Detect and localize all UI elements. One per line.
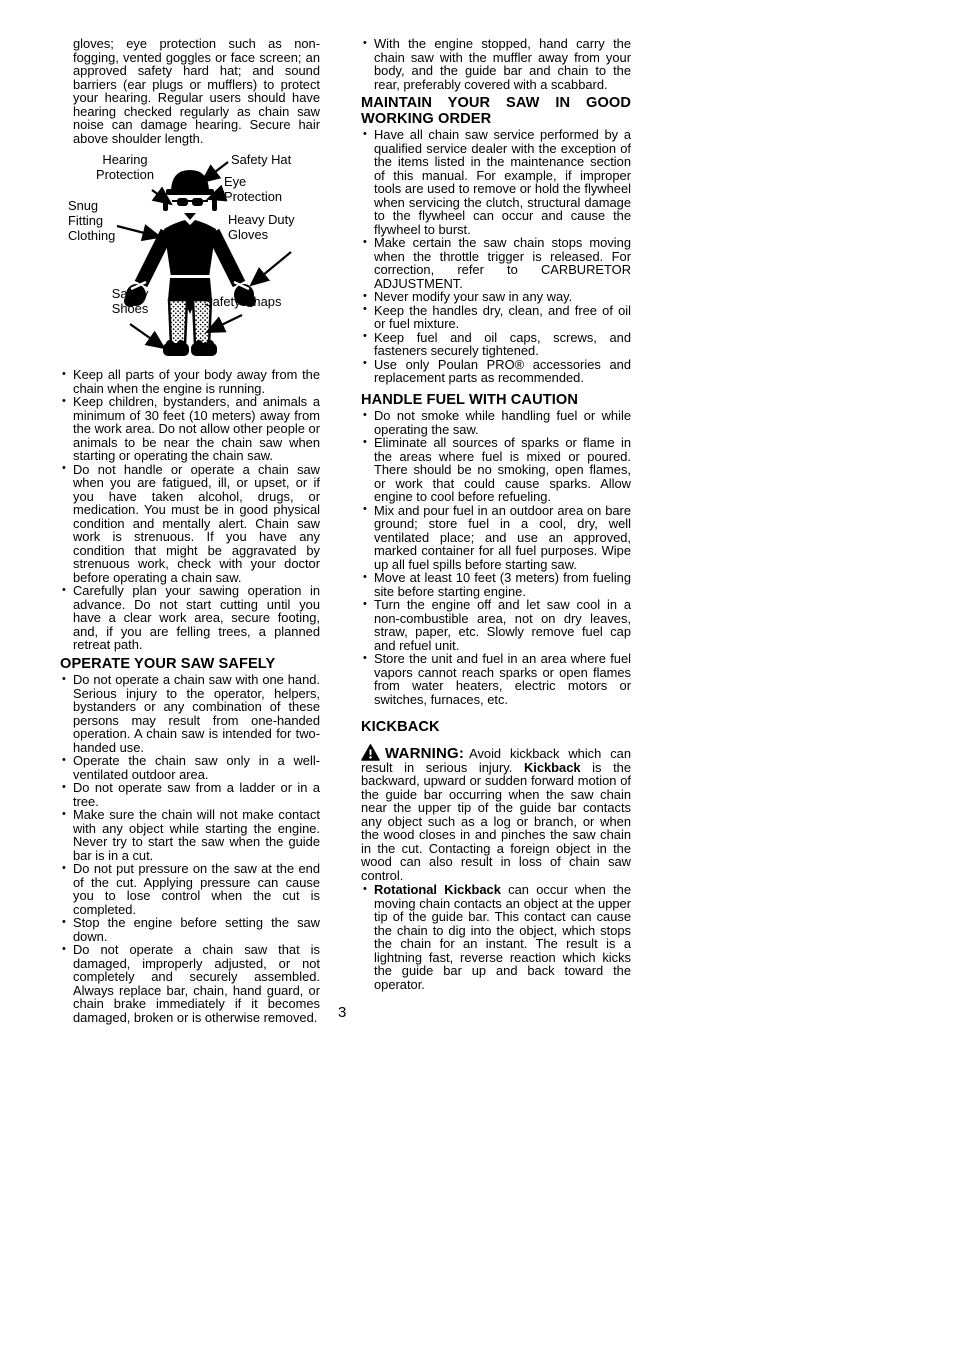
document-page: gloves; eye protection such as non-foggi… bbox=[0, 0, 954, 1348]
bullet-icon: • bbox=[363, 503, 367, 517]
bullet-icon: • bbox=[62, 916, 66, 930]
chaps-arrow bbox=[207, 315, 242, 332]
list-item: • Rotational Kickback can occur when the… bbox=[361, 883, 631, 991]
right-column: • With the engine stopped, hand carry th… bbox=[361, 37, 631, 991]
list-item-text: Eliminate all sources of sparks or flame… bbox=[374, 435, 631, 504]
list-item-text: Move at least 10 feet (3 meters) from fu… bbox=[374, 570, 631, 599]
bullet-icon: • bbox=[363, 290, 367, 304]
bullet-icon: • bbox=[363, 409, 367, 423]
list-item: • Do not operate saw from a ladder or in… bbox=[60, 781, 320, 808]
handle-fuel-list: • Do not smoke while handling fuel or wh… bbox=[361, 409, 631, 706]
list-item: • Keep children, bystanders, and animals… bbox=[60, 395, 320, 463]
bullet-icon: • bbox=[363, 436, 367, 450]
bullet-icon: • bbox=[363, 652, 367, 666]
bullet-icon: • bbox=[363, 883, 367, 897]
list-item: • Move at least 10 feet (3 meters) from … bbox=[361, 571, 631, 598]
bullet-icon: • bbox=[363, 330, 367, 344]
intro-paragraph: gloves; eye protection such as non-foggi… bbox=[60, 37, 320, 145]
bullet-icon: • bbox=[363, 571, 367, 585]
bullet-icon: • bbox=[363, 303, 367, 317]
bullet-icon: • bbox=[62, 368, 66, 382]
list-item: • Make certain the saw chain stops movin… bbox=[361, 236, 631, 290]
list-item: • Do not operate a chain saw with one ha… bbox=[60, 673, 320, 754]
list-item-text: Do not handle or operate a chain saw whe… bbox=[73, 462, 320, 585]
operate-safely-list: • Do not operate a chain saw with one ha… bbox=[60, 673, 320, 1024]
fig-label-snug-fitting-clothing: Snug Fitting Clothing bbox=[68, 198, 126, 243]
list-item: • Mix and pour fuel in an outdoor area o… bbox=[361, 504, 631, 572]
list-item: • Do not handle or operate a chain saw w… bbox=[60, 463, 320, 585]
bullet-icon: • bbox=[363, 598, 367, 612]
list-item-text: Keep all parts of your body away from th… bbox=[73, 367, 320, 396]
bullet-icon: • bbox=[62, 584, 66, 598]
list-item: • Carefully plan your sawing operation i… bbox=[60, 584, 320, 652]
warning-text-post: is the backward, upward or sudden forwar… bbox=[361, 760, 631, 883]
page-number: 3 bbox=[338, 1004, 346, 1021]
list-item: • Operate the chain saw only in a well-v… bbox=[60, 754, 320, 781]
list-item-text: Keep the handles dry, clean, and free of… bbox=[374, 303, 631, 332]
heading-maintain-saw: MAINTAIN YOUR SAW IN GOOD WORKING ORDER bbox=[361, 96, 631, 127]
fig-label-eye-protection: Eye Protection bbox=[224, 174, 294, 204]
list-item: • Stop the engine before setting the saw… bbox=[60, 916, 320, 943]
fig-label-safety-shoes: Safety Shoes bbox=[106, 286, 154, 316]
list-item: • Make sure the chain will not make cont… bbox=[60, 808, 320, 862]
bullet-icon: • bbox=[62, 395, 66, 409]
list-item-text: Store the unit and fuel in an area where… bbox=[374, 651, 631, 707]
list-item: • Keep all parts of your body away from … bbox=[60, 368, 320, 395]
list-item-text: Do not operate a chain saw that is damag… bbox=[73, 942, 320, 1025]
list-item: • Keep fuel and oil caps, screws, and fa… bbox=[361, 331, 631, 358]
kickback-list: • Rotational Kickback can occur when the… bbox=[361, 883, 631, 991]
list-item: • Eliminate all sources of sparks or fla… bbox=[361, 436, 631, 504]
bullet-icon: • bbox=[363, 357, 367, 371]
safety-equipment-figure: Hearing Protection Safety Hat Eye Protec… bbox=[60, 148, 320, 363]
list-item: • Store the unit and fuel in an area whe… bbox=[361, 652, 631, 706]
list-item-text: Keep fuel and oil caps, screws, and fast… bbox=[374, 330, 631, 359]
list-item: • Do not operate a chain saw that is dam… bbox=[60, 943, 320, 1024]
bullet-icon: • bbox=[62, 862, 66, 876]
list-item-text: Have all chain saw service performed by … bbox=[374, 127, 631, 237]
list-item-text: With the engine stopped, hand carry the … bbox=[374, 36, 631, 92]
bullet-icon: • bbox=[62, 462, 66, 476]
list-item-text: Operate the chain saw only in a well-ven… bbox=[73, 753, 320, 782]
general-safety-list: • Keep all parts of your body away from … bbox=[60, 368, 320, 652]
bullet-icon: • bbox=[363, 37, 367, 51]
maintain-saw-list: • Have all chain saw service performed b… bbox=[361, 128, 631, 385]
list-item-text: Keep children, bystanders, and animals a… bbox=[73, 394, 320, 463]
shoes-arrow bbox=[130, 324, 164, 348]
list-item: • Use only Poulan PRO® accessories and r… bbox=[361, 358, 631, 385]
list-item-text: can occur when the moving chain contacts… bbox=[374, 882, 631, 992]
list-item: • Have all chain saw service performed b… bbox=[361, 128, 631, 236]
list-item-text: Do not smoke while handling fuel or whil… bbox=[374, 408, 631, 437]
list-item-text: Use only Poulan PRO® accessories and rep… bbox=[374, 357, 631, 386]
chaps-shape bbox=[169, 300, 187, 345]
list-item-text: Do not operate a chain saw with one hand… bbox=[73, 672, 320, 755]
list-item: • Do not smoke while handling fuel or wh… bbox=[361, 409, 631, 436]
carry-saw-list: • With the engine stopped, hand carry th… bbox=[361, 37, 631, 91]
list-item-text: Turn the engine off and let saw cool in … bbox=[374, 597, 631, 653]
list-item: • Keep the handles dry, clean, and free … bbox=[361, 304, 631, 331]
list-item-text: Carefully plan your sawing operation in … bbox=[73, 583, 320, 652]
warning-triangle-icon bbox=[361, 744, 380, 761]
fig-label-safety-chaps: Safety Chaps bbox=[204, 294, 281, 309]
list-item: • Do not put pressure on the saw at the … bbox=[60, 862, 320, 916]
gloves-arrow bbox=[251, 252, 291, 285]
warning-paragraph: WARNING:Avoid kickback which can result … bbox=[361, 744, 631, 883]
bullet-icon: • bbox=[62, 943, 66, 957]
bullet-icon: • bbox=[62, 808, 66, 822]
bullet-icon: • bbox=[363, 128, 367, 142]
list-item: • With the engine stopped, hand carry th… bbox=[361, 37, 631, 91]
bullet-icon: • bbox=[62, 673, 66, 687]
heading-handle-fuel: HANDLE FUEL WITH CAUTION bbox=[361, 393, 631, 409]
left-column: gloves; eye protection such as non-foggi… bbox=[60, 37, 320, 1024]
list-item-text: Make sure the chain will not make contac… bbox=[73, 807, 320, 863]
bullet-icon: • bbox=[363, 236, 367, 250]
list-item-text: Do not put pressure on the saw at the en… bbox=[73, 861, 320, 917]
heading-operate-your-saw-safely: OPERATE YOUR SAW SAFELY bbox=[60, 657, 320, 673]
list-item: • Never modify your saw in any way. bbox=[361, 290, 631, 304]
list-item-text: Mix and pour fuel in an outdoor area on … bbox=[374, 503, 631, 572]
fig-label-heavy-duty-gloves: Heavy Duty Gloves bbox=[228, 212, 314, 242]
fig-label-hearing-protection: Hearing Protection bbox=[84, 152, 166, 182]
list-item-text: Make certain the saw chain stops moving … bbox=[374, 235, 631, 291]
list-item-text: Stop the engine before setting the saw d… bbox=[73, 915, 320, 944]
fig-label-safety-hat: Safety Hat bbox=[231, 152, 291, 167]
list-item: • Turn the engine off and let saw cool i… bbox=[361, 598, 631, 652]
list-item-text: Do not operate saw from a ladder or in a… bbox=[73, 780, 320, 809]
bullet-icon: • bbox=[62, 754, 66, 768]
bullet-icon: • bbox=[62, 781, 66, 795]
heading-kickback: KICKBACK bbox=[361, 720, 631, 736]
